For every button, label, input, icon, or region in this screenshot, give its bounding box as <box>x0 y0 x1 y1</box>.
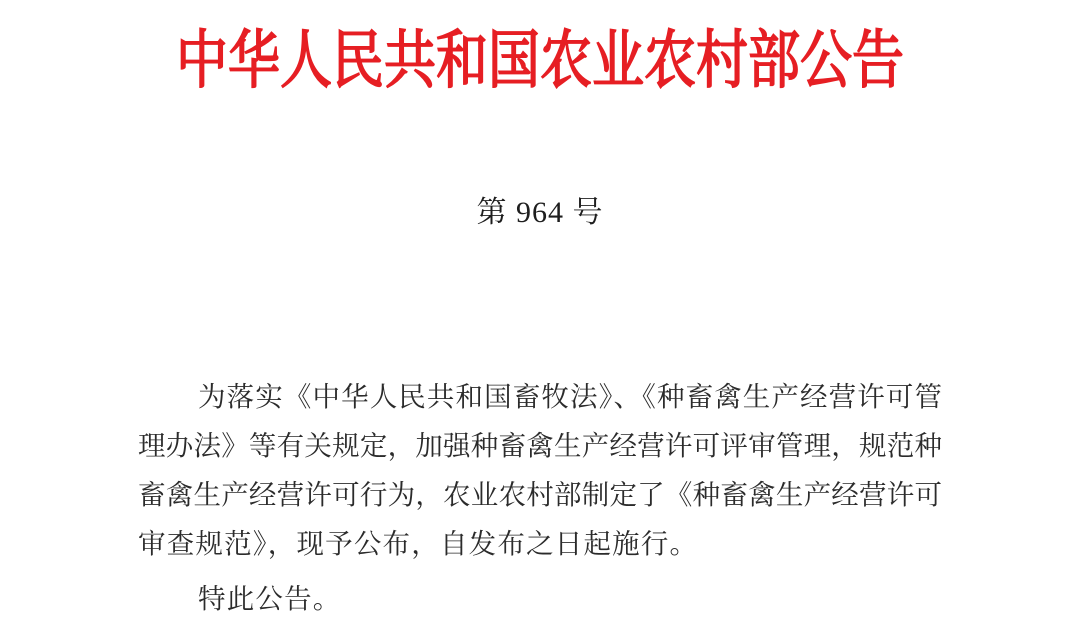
body-line-1: 为落实《中华人民共和国畜牧法》、《种畜禽生产经营许可管 <box>138 372 942 421</box>
official-announcement-page: 中华人民共和国农业农村部公告 第 964 号 为落实《中华人民共和国畜牧法》、《… <box>0 0 1080 631</box>
body-line-4: 审查规范》，现予公布，自发布之日起施行。 <box>138 519 942 568</box>
document-title: 中华人民共和国农业农村部公告 <box>0 26 1080 99</box>
body-line-3: 畜禽生产经营许可行为，农业农村部制定了《种畜禽生产经营许可 <box>138 470 942 519</box>
document-body: 为落实《中华人民共和国畜牧法》、《种畜禽生产经营许可管 理办法》等有关规定，加强… <box>138 372 942 623</box>
document-number: 第 964 号 <box>0 193 1080 233</box>
body-line-5: 特此公告。 <box>138 574 942 623</box>
body-line-2: 理办法》等有关规定，加强种畜禽生产经营许可评审管理，规范种 <box>138 421 942 470</box>
